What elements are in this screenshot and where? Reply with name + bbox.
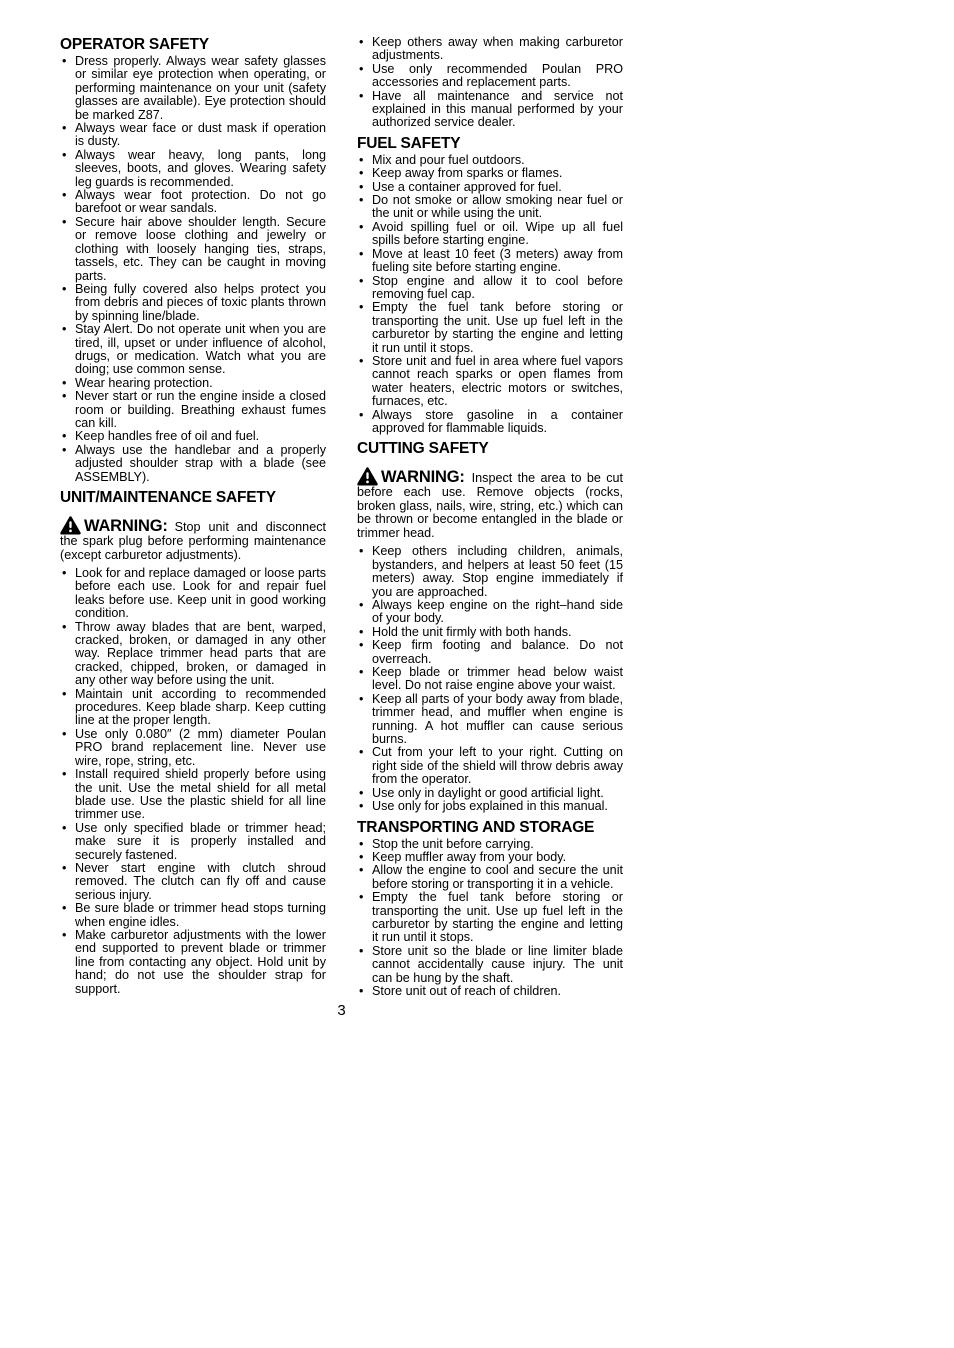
bullet-text: Use only 0.080″ (2 mm) diameter Poulan P…: [75, 727, 326, 768]
bullet-dot-icon: •: [359, 90, 363, 103]
bullet-item: •Keep others away when making carburetor…: [357, 36, 623, 63]
section-heading: UNIT/MAINTENANCE SAFETY: [60, 489, 326, 507]
bullet-text: Be sure blade or trimmer head stops turn…: [75, 901, 326, 928]
bullet-text: Always wear heavy, long pants, long slee…: [75, 148, 326, 189]
bullet-dot-icon: •: [62, 728, 66, 741]
bullet-dot-icon: •: [62, 149, 66, 162]
left-column: OPERATOR SAFETY•Dress properly. Always w…: [60, 36, 326, 998]
bullet-text: Use only for jobs explained in this manu…: [372, 799, 608, 813]
bullet-dot-icon: •: [359, 599, 363, 612]
bullet-text: Install required shield properly before …: [75, 767, 326, 821]
warning-paragraph: WARNING:Inspect the area to be cut befor…: [357, 467, 623, 540]
bullet-dot-icon: •: [62, 444, 66, 457]
bullet-text: Allow the engine to cool and secure the …: [372, 863, 623, 890]
bullet-text: Never start or run the engine inside a c…: [75, 389, 326, 430]
bullet-dot-icon: •: [359, 666, 363, 679]
bullet-text: Keep blade or trimmer head below waist l…: [372, 665, 623, 692]
bullet-text: Stop the unit before carrying.: [372, 837, 534, 851]
bullet-dot-icon: •: [62, 283, 66, 296]
bullet-item: •Store unit so the blade or line limiter…: [357, 945, 623, 985]
bullet-dot-icon: •: [359, 545, 363, 558]
bullet-text: Store unit so the blade or line limiter …: [372, 944, 623, 985]
bullet-text: Keep firm footing and balance. Do not ov…: [372, 638, 623, 665]
bullet-item: •Always wear foot protection. Do not go …: [60, 189, 326, 216]
bullet-dot-icon: •: [359, 63, 363, 76]
bullet-item: •Have all maintenance and service not ex…: [357, 90, 623, 130]
bullet-item: •Maintain unit according to recommended …: [60, 688, 326, 728]
bullet-dot-icon: •: [359, 194, 363, 207]
bullet-dot-icon: •: [62, 768, 66, 781]
bullet-text: Do not smoke or allow smoking near fuel …: [372, 193, 623, 220]
bullet-dot-icon: •: [359, 787, 363, 800]
section-heading: TRANSPORTING AND STORAGE: [357, 819, 623, 837]
bullet-dot-icon: •: [359, 838, 363, 851]
bullet-item: •Keep away from sparks or flames.: [357, 167, 623, 180]
bullet-item: •Keep handles free of oil and fuel.: [60, 430, 326, 443]
bullet-text: Stop engine and allow it to cool before …: [372, 274, 623, 301]
bullet-text: Dress properly. Always wear safety glass…: [75, 54, 326, 122]
bullet-dot-icon: •: [359, 355, 363, 368]
bullet-dot-icon: •: [359, 154, 363, 167]
bullet-text: Store unit and fuel in area where fuel v…: [372, 354, 623, 408]
bullet-dot-icon: •: [62, 688, 66, 701]
bullet-text: Have all maintenance and service not exp…: [372, 89, 623, 130]
bullet-text: Being fully covered also helps protect y…: [75, 282, 326, 323]
bullet-dot-icon: •: [359, 746, 363, 759]
bullet-dot-icon: •: [359, 864, 363, 877]
bullet-dot-icon: •: [62, 822, 66, 835]
bullet-text: Cut from your left to your right. Cuttin…: [372, 745, 623, 786]
bullet-item: •Store unit out of reach of children.: [357, 985, 623, 998]
bullet-item: •Keep firm footing and balance. Do not o…: [357, 639, 623, 666]
bullet-dot-icon: •: [359, 36, 363, 49]
manual-page: OPERATOR SAFETY•Dress properly. Always w…: [0, 0, 954, 1348]
bullet-dot-icon: •: [62, 55, 66, 68]
bullet-dot-icon: •: [62, 377, 66, 390]
bullet-dot-icon: •: [62, 902, 66, 915]
bullet-dot-icon: •: [359, 221, 363, 234]
bullet-text: Always keep engine on the right–hand sid…: [372, 598, 623, 625]
bullet-dot-icon: •: [62, 862, 66, 875]
bullet-item: •Use a container approved for fuel.: [357, 181, 623, 194]
bullet-text: Always wear foot protection. Do not go b…: [75, 188, 326, 215]
bullet-dot-icon: •: [359, 945, 363, 958]
bullet-item: •Wear hearing protection.: [60, 377, 326, 390]
bullet-text: Always wear face or dust mask if operati…: [75, 121, 326, 148]
bullet-item: •Stay Alert. Do not operate unit when yo…: [60, 323, 326, 377]
warning-icon: [60, 516, 81, 535]
bullet-item: •Avoid spilling fuel or oil. Wipe up all…: [357, 221, 623, 248]
bullet-text: Mix and pour fuel outdoors.: [372, 153, 525, 167]
bullet-item: •Never start or run the engine inside a …: [60, 390, 326, 430]
bullet-text: Secure hair above shoulder length. Secur…: [75, 215, 326, 283]
bullet-text: Keep others away when making carburetor …: [372, 35, 623, 62]
bullet-item: •Be sure blade or trimmer head stops tur…: [60, 902, 326, 929]
bullet-text: Store unit out of reach of children.: [372, 984, 561, 998]
bullet-text: Wear hearing protection.: [75, 376, 213, 390]
bullet-item: •Empty the fuel tank before storing or t…: [357, 301, 623, 355]
bullet-item: •Always store gasoline in a container ap…: [357, 409, 623, 436]
bullet-dot-icon: •: [62, 189, 66, 202]
bullet-item: •Keep blade or trimmer head below waist …: [357, 666, 623, 693]
bullet-item: •Make carburetor adjustments with the lo…: [60, 929, 326, 996]
bullet-dot-icon: •: [62, 567, 66, 580]
bullet-item: •Stop engine and allow it to cool before…: [357, 275, 623, 302]
bullet-item: •Use only 0.080″ (2 mm) diameter Poulan …: [60, 728, 326, 768]
bullet-text: Use a container approved for fuel.: [372, 180, 562, 194]
bullet-text: Never start engine with clutch shroud re…: [75, 861, 326, 902]
bullet-dot-icon: •: [359, 693, 363, 706]
bullet-dot-icon: •: [62, 390, 66, 403]
bullet-item: •Empty the fuel tank before storing or t…: [357, 891, 623, 945]
bullet-item: •Keep others including children, animals…: [357, 545, 623, 599]
bullet-item: •Always wear face or dust mask if operat…: [60, 122, 326, 149]
bullet-dot-icon: •: [62, 323, 66, 336]
bullet-dot-icon: •: [62, 929, 66, 942]
bullet-dot-icon: •: [62, 430, 66, 443]
bullet-item: •Secure hair above shoulder length. Secu…: [60, 216, 326, 283]
bullet-text: Use only specified blade or trimmer head…: [75, 821, 326, 862]
bullet-item: •Throw away blades that are bent, warped…: [60, 621, 326, 688]
bullet-item: •Move at least 10 feet (3 meters) away f…: [357, 248, 623, 275]
bullet-text: Stay Alert. Do not operate unit when you…: [75, 322, 326, 376]
bullet-text: Keep handles free of oil and fuel.: [75, 429, 259, 443]
bullet-text: Move at least 10 feet (3 meters) away fr…: [372, 247, 623, 274]
bullet-item: •Keep muffler away from your body.: [357, 851, 623, 864]
bullet-text: Always store gasoline in a container app…: [372, 408, 623, 435]
bullet-dot-icon: •: [359, 409, 363, 422]
bullet-text: Keep muffler away from your body.: [372, 850, 566, 864]
bullet-item: •Allow the engine to cool and secure the…: [357, 864, 623, 891]
bullet-item: •Use only in daylight or good artificial…: [357, 787, 623, 800]
bullet-item: •Stop the unit before carrying.: [357, 838, 623, 851]
warning-icon: [357, 467, 378, 486]
bullet-text: Look for and replace damaged or loose pa…: [75, 566, 326, 620]
bullet-text: Throw away blades that are bent, warped,…: [75, 620, 326, 688]
bullet-dot-icon: •: [359, 167, 363, 180]
bullet-dot-icon: •: [359, 639, 363, 652]
warning-label: WARNING:: [381, 468, 465, 486]
bullet-dot-icon: •: [359, 275, 363, 288]
bullet-item: •Install required shield properly before…: [60, 768, 326, 822]
section-heading: CUTTING SAFETY: [357, 440, 623, 458]
bullet-text: Empty the fuel tank before storing or tr…: [372, 300, 623, 354]
bullet-item: •Always wear heavy, long pants, long sle…: [60, 149, 326, 189]
bullet-item: •Keep all parts of your body away from b…: [357, 693, 623, 747]
bullet-item: •Always use the handlebar and a properly…: [60, 444, 326, 484]
bullet-dot-icon: •: [359, 181, 363, 194]
bullet-item: •Always keep engine on the right–hand si…: [357, 599, 623, 626]
bullet-text: Keep all parts of your body away from bl…: [372, 692, 623, 746]
bullet-dot-icon: •: [62, 122, 66, 135]
bullet-item: •Mix and pour fuel outdoors.: [357, 154, 623, 167]
bullet-dot-icon: •: [359, 626, 363, 639]
warning-label: WARNING:: [84, 517, 168, 535]
bullet-dot-icon: •: [359, 248, 363, 261]
page-number: 3: [60, 1002, 623, 1020]
bullet-item: •Hold the unit firmly with both hands.: [357, 626, 623, 639]
bullet-item: •Look for and replace damaged or loose p…: [60, 567, 326, 621]
bullet-dot-icon: •: [359, 800, 363, 813]
bullet-text: Make carburetor adjustments with the low…: [75, 928, 326, 996]
bullet-item: •Being fully covered also helps protect …: [60, 283, 326, 323]
bullet-dot-icon: •: [359, 891, 363, 904]
bullet-item: •Do not smoke or allow smoking near fuel…: [357, 194, 623, 221]
bullet-item: •Use only for jobs explained in this man…: [357, 800, 623, 813]
bullet-item: •Never start engine with clutch shroud r…: [60, 862, 326, 902]
bullet-text: Use only in daylight or good artificial …: [372, 786, 604, 800]
bullet-dot-icon: •: [359, 301, 363, 314]
bullet-dot-icon: •: [62, 216, 66, 229]
bullet-text: Avoid spilling fuel or oil. Wipe up all …: [372, 220, 623, 247]
page-content: OPERATOR SAFETY•Dress properly. Always w…: [60, 36, 623, 998]
bullet-dot-icon: •: [62, 621, 66, 634]
right-column: •Keep others away when making carburetor…: [357, 36, 623, 998]
section-heading: OPERATOR SAFETY: [60, 36, 326, 54]
bullet-item: •Cut from your left to your right. Cutti…: [357, 746, 623, 786]
bullet-text: Hold the unit firmly with both hands.: [372, 625, 572, 639]
bullet-dot-icon: •: [359, 985, 363, 998]
bullet-item: •Use only specified blade or trimmer hea…: [60, 822, 326, 862]
warning-paragraph: WARNING:Stop unit and disconnect the spa…: [60, 516, 326, 562]
bullet-text: Always use the handlebar and a properly …: [75, 443, 326, 484]
bullet-text: Keep away from sparks or flames.: [372, 166, 562, 180]
bullet-text: Keep others including children, animals,…: [372, 544, 623, 598]
bullet-item: •Dress properly. Always wear safety glas…: [60, 55, 326, 122]
bullet-item: •Store unit and fuel in area where fuel …: [357, 355, 623, 409]
bullet-text: Empty the fuel tank before storing or tr…: [372, 890, 623, 944]
bullet-dot-icon: •: [359, 851, 363, 864]
bullet-text: Use only recommended Poulan PRO accessor…: [372, 62, 623, 89]
section-heading: FUEL SAFETY: [357, 135, 623, 153]
bullet-item: •Use only recommended Poulan PRO accesso…: [357, 63, 623, 90]
bullet-text: Maintain unit according to recommended p…: [75, 687, 326, 728]
